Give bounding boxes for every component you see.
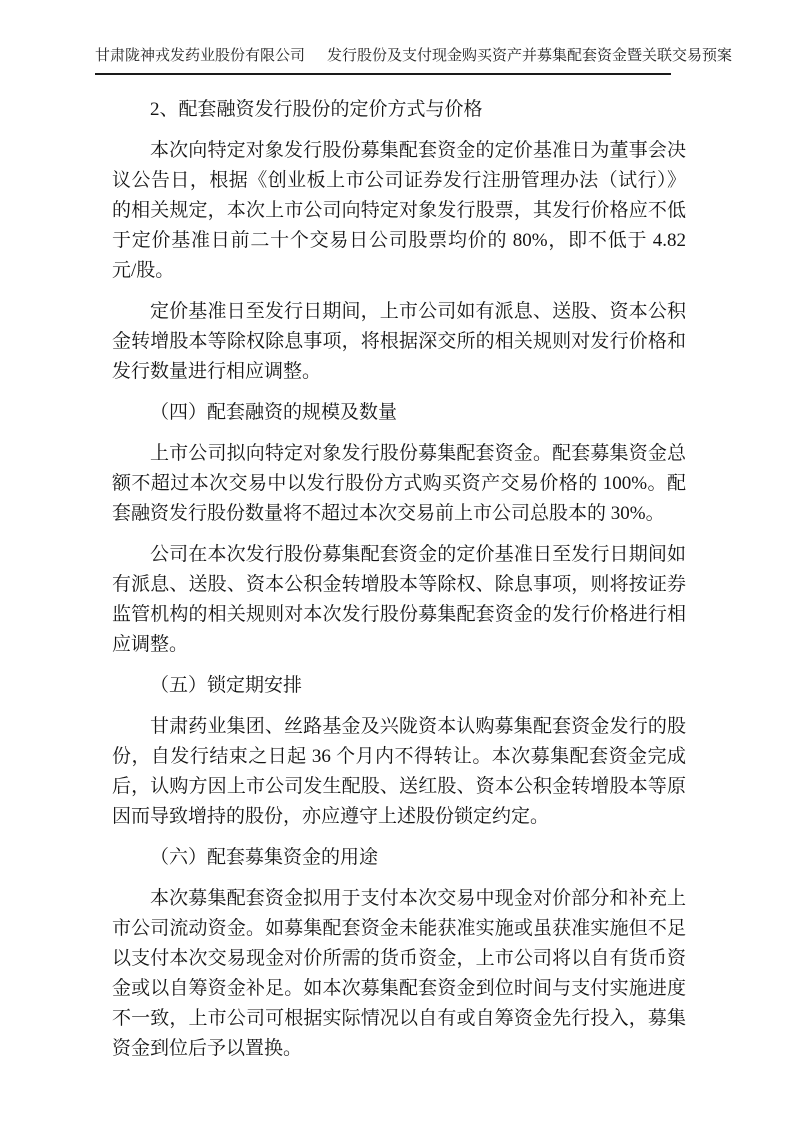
- paragraph-pricing-baseline: 本次向特定对象发行股份募集配套资金的定价基准日为董事会决议公告日，根据《创业板上…: [112, 136, 686, 286]
- page-header: 甘肃陇神戎发药业股份有限公司发行股份及支付现金购买资产并募集配套资金暨关联交易预…: [95, 46, 671, 75]
- heading-fund-usage: （六）配套募集资金的用途: [112, 843, 686, 873]
- paragraph-pricing-adjustment: 定价基准日至发行日期间，上市公司如有派息、送股、资本公积金转增股本等除权除息事项…: [112, 297, 686, 387]
- header-company-name: 甘肃陇神戎发药业股份有限公司: [95, 48, 305, 64]
- paragraph-lockup-terms: 甘肃药业集团、丝路基金及兴陇资本认购募集配套资金发行的股份，自发行结束之日起 3…: [112, 712, 686, 832]
- header-doc-title: 发行股份及支付现金购买资产并募集配套资金暨关联交易预案: [327, 48, 732, 64]
- document-page: 甘肃陇神戎发药业股份有限公司发行股份及支付现金购买资产并募集配套资金暨关联交易预…: [0, 0, 793, 1122]
- document-body: 2、配套融资发行股份的定价方式与价格 本次向特定对象发行股份募集配套资金的定价基…: [112, 95, 686, 1075]
- heading-pricing-method: 2、配套融资发行股份的定价方式与价格: [112, 95, 686, 125]
- heading-lockup-arrangement: （五）锁定期安排: [112, 671, 686, 701]
- paragraph-scale-adjustment: 公司在本次发行股份募集配套资金的定价基准日至发行日期间如有派息、送股、资本公积金…: [112, 540, 686, 660]
- heading-scale-quantity: （四）配套融资的规模及数量: [112, 398, 686, 428]
- paragraph-fund-usage: 本次募集配套资金拟用于支付本次交易中现金对价部分和补充上市公司流动资金。如募集配…: [112, 884, 686, 1064]
- paragraph-scale-limits: 上市公司拟向特定对象发行股份募集配套资金。配套募集资金总额不超过本次交易中以发行…: [112, 439, 686, 529]
